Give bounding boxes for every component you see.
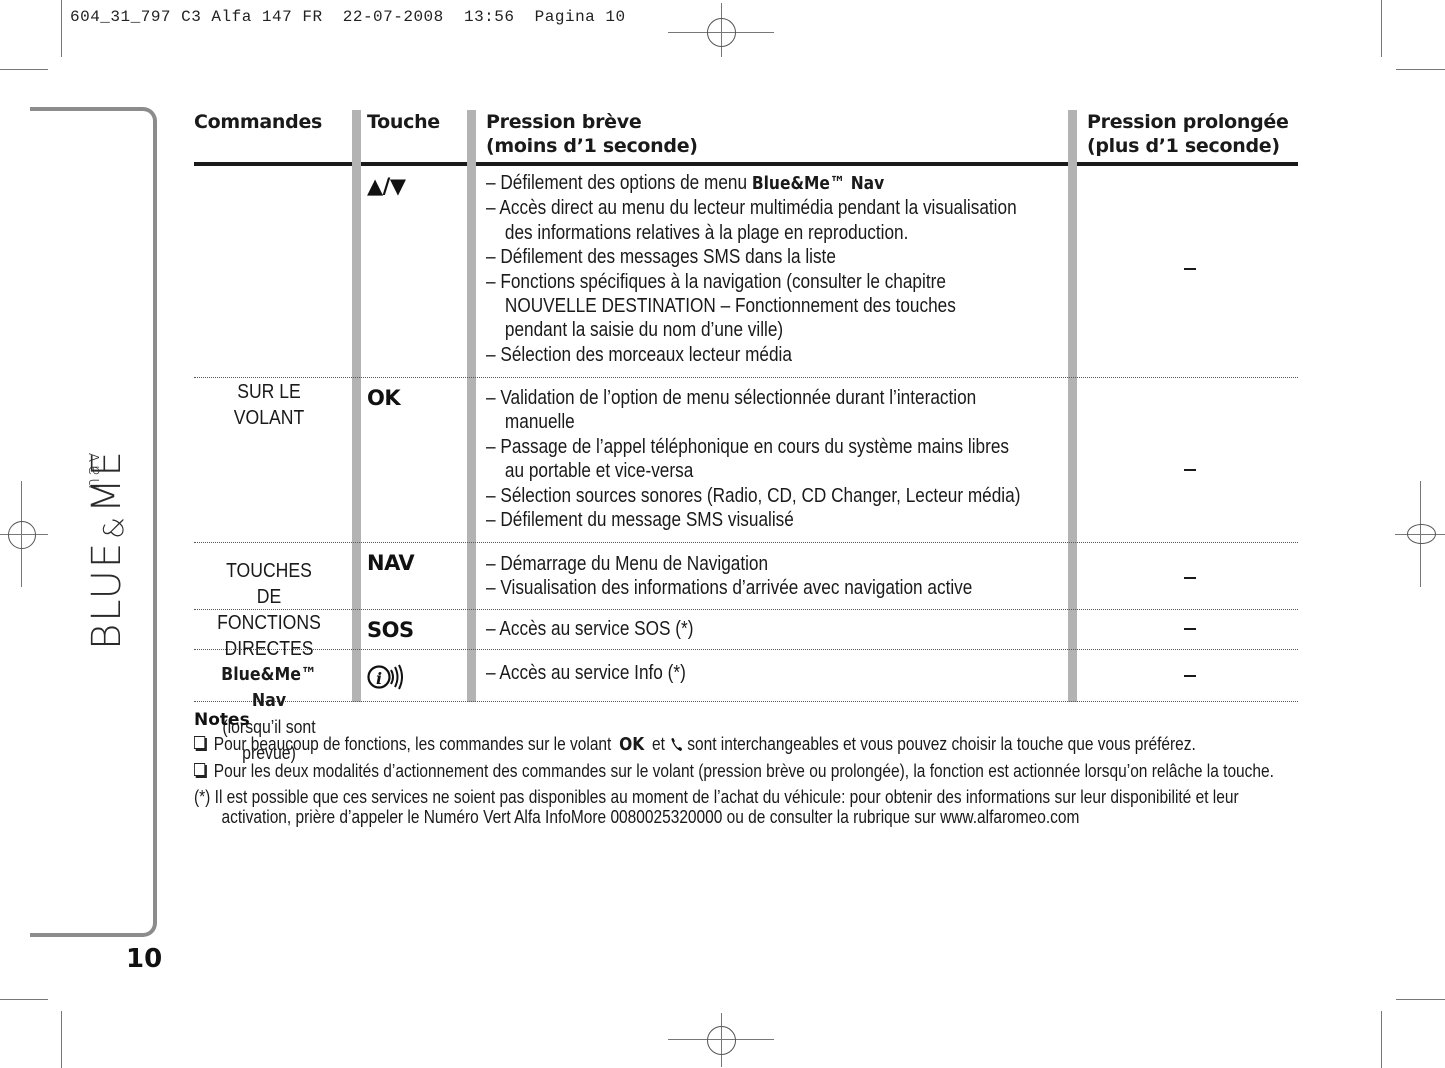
row-description: – Démarrage du Menu de Navigation – Visu… <box>486 552 1071 601</box>
key-nav: NAV <box>367 551 414 575</box>
key-sos: SOS <box>367 618 414 642</box>
desc-line: au portable et vice-versa <box>486 459 1071 483</box>
note-item: Pour les deux modalités d’actionnement d… <box>194 761 1303 781</box>
svg-text:i: i <box>376 669 382 688</box>
desc-line: – Défilement des messages SMS dans la li… <box>486 245 1071 269</box>
desc-line: – Accès au service Info (*) <box>486 661 1071 685</box>
long-press-none <box>1184 628 1196 630</box>
long-press-none <box>1184 268 1196 270</box>
crop-mark <box>1396 999 1445 1000</box>
registration-mark <box>707 18 736 47</box>
page-number: 10 <box>126 944 162 974</box>
table-row: NAV – Démarrage du Menu de Navigation – … <box>194 543 1298 610</box>
desc-line: pendant la saisie du nom d’une ville) <box>486 318 1071 342</box>
desc-line: – Fonctions spécifiques à la navigation … <box>486 270 1071 294</box>
desc-line: – Visualisation des informations d’arriv… <box>486 576 1071 600</box>
notes-title: Notes <box>194 710 1304 730</box>
desc-line: NOUVELLE DESTINATION – Fonctionnement de… <box>486 294 1071 318</box>
long-press-none <box>1184 675 1196 677</box>
footnote: (*) Il est possible que ces services ne … <box>194 787 1303 827</box>
logo-amp: & <box>97 515 130 539</box>
desc-line: – Démarrage du Menu de Navigation <box>486 552 1071 576</box>
desc-line: des informations relatives à la plage en… <box>486 221 1071 245</box>
crop-mark <box>1396 69 1445 70</box>
crop-mark <box>61 0 62 57</box>
registration-mark <box>1407 524 1436 544</box>
desc-line: – Accès au service SOS (*) <box>486 617 1071 641</box>
ok-key-label: OK <box>619 734 644 755</box>
key-ok: OK <box>367 386 400 410</box>
checkbox-bullet-icon <box>194 736 205 749</box>
crop-mark <box>1381 0 1382 57</box>
table-row: i – Accès au service Info (*) <box>194 650 1298 702</box>
group-label-volant: SUR LE VOLANT <box>203 379 335 431</box>
desc-line: – Sélection des morceaux lecteur média <box>486 343 1071 367</box>
logo-blue: BLUE <box>84 541 130 650</box>
header-pression-breve: Pression brève (moins d’1 seconde) <box>486 110 698 158</box>
row-description: – Accès au service SOS (*) <box>486 617 1071 641</box>
crop-mark <box>0 69 48 70</box>
desc-line: – Validation de l’option de menu sélecti… <box>486 386 1071 410</box>
desc-line: – Passage de l’appel téléphonique en cou… <box>486 435 1071 459</box>
row-description: – Accès au service Info (*) <box>486 661 1071 685</box>
row-description: – Défilement des options de menu Blue&Me… <box>486 171 1071 367</box>
notes-section: Notes Pour beaucoup de fonctions, les co… <box>194 710 1304 833</box>
print-header: 604_31_797 C3 Alfa 147 FR 22-07-2008 13:… <box>70 8 626 26</box>
info-service-icon: i <box>367 664 403 695</box>
desc-line: manuelle <box>486 410 1071 434</box>
note-item: Pour beaucoup de fonctions, les commande… <box>194 734 1303 755</box>
desc-line: – Sélection sources sonores (Radio, CD, … <box>486 484 1071 508</box>
commands-table: Commandes Touche Pression brève (moins d… <box>194 106 1298 166</box>
desc-line: – Défilement des options de menu Blue&Me… <box>486 171 1071 196</box>
crop-mark <box>0 999 48 1000</box>
desc-line: – Accès direct au menu du lecteur multim… <box>486 196 1071 220</box>
desc-line: – Défilement du message SMS visualisé <box>486 508 1071 532</box>
header-touche: Touche <box>367 110 440 134</box>
long-press-none <box>1184 577 1196 579</box>
row-description: – Validation de l’option de menu sélecti… <box>486 386 1071 532</box>
up-down-arrows-icon: ▲/▼ <box>367 174 405 198</box>
phone-icon <box>669 736 683 752</box>
checkbox-bullet-icon <box>194 763 205 776</box>
logo-nav: nav <box>83 450 104 489</box>
table-row: SOS – Accès au service SOS (*) <box>194 610 1298 650</box>
long-press-none <box>1184 469 1196 471</box>
crop-mark <box>61 1011 62 1068</box>
crop-mark <box>1381 1011 1382 1068</box>
blue-me-nav-logo: BLUE&MEnav <box>90 440 130 620</box>
table-row: ▲/▼ – Défilement des options de menu Blu… <box>194 166 1298 378</box>
header-pression-prolongee: Pression prolongée (plus d’1 seconde) <box>1087 110 1289 158</box>
registration-mark <box>707 1026 736 1055</box>
header-commandes: Commandes <box>194 110 322 134</box>
table-row: OK – Validation de l’option de menu séle… <box>194 378 1298 543</box>
